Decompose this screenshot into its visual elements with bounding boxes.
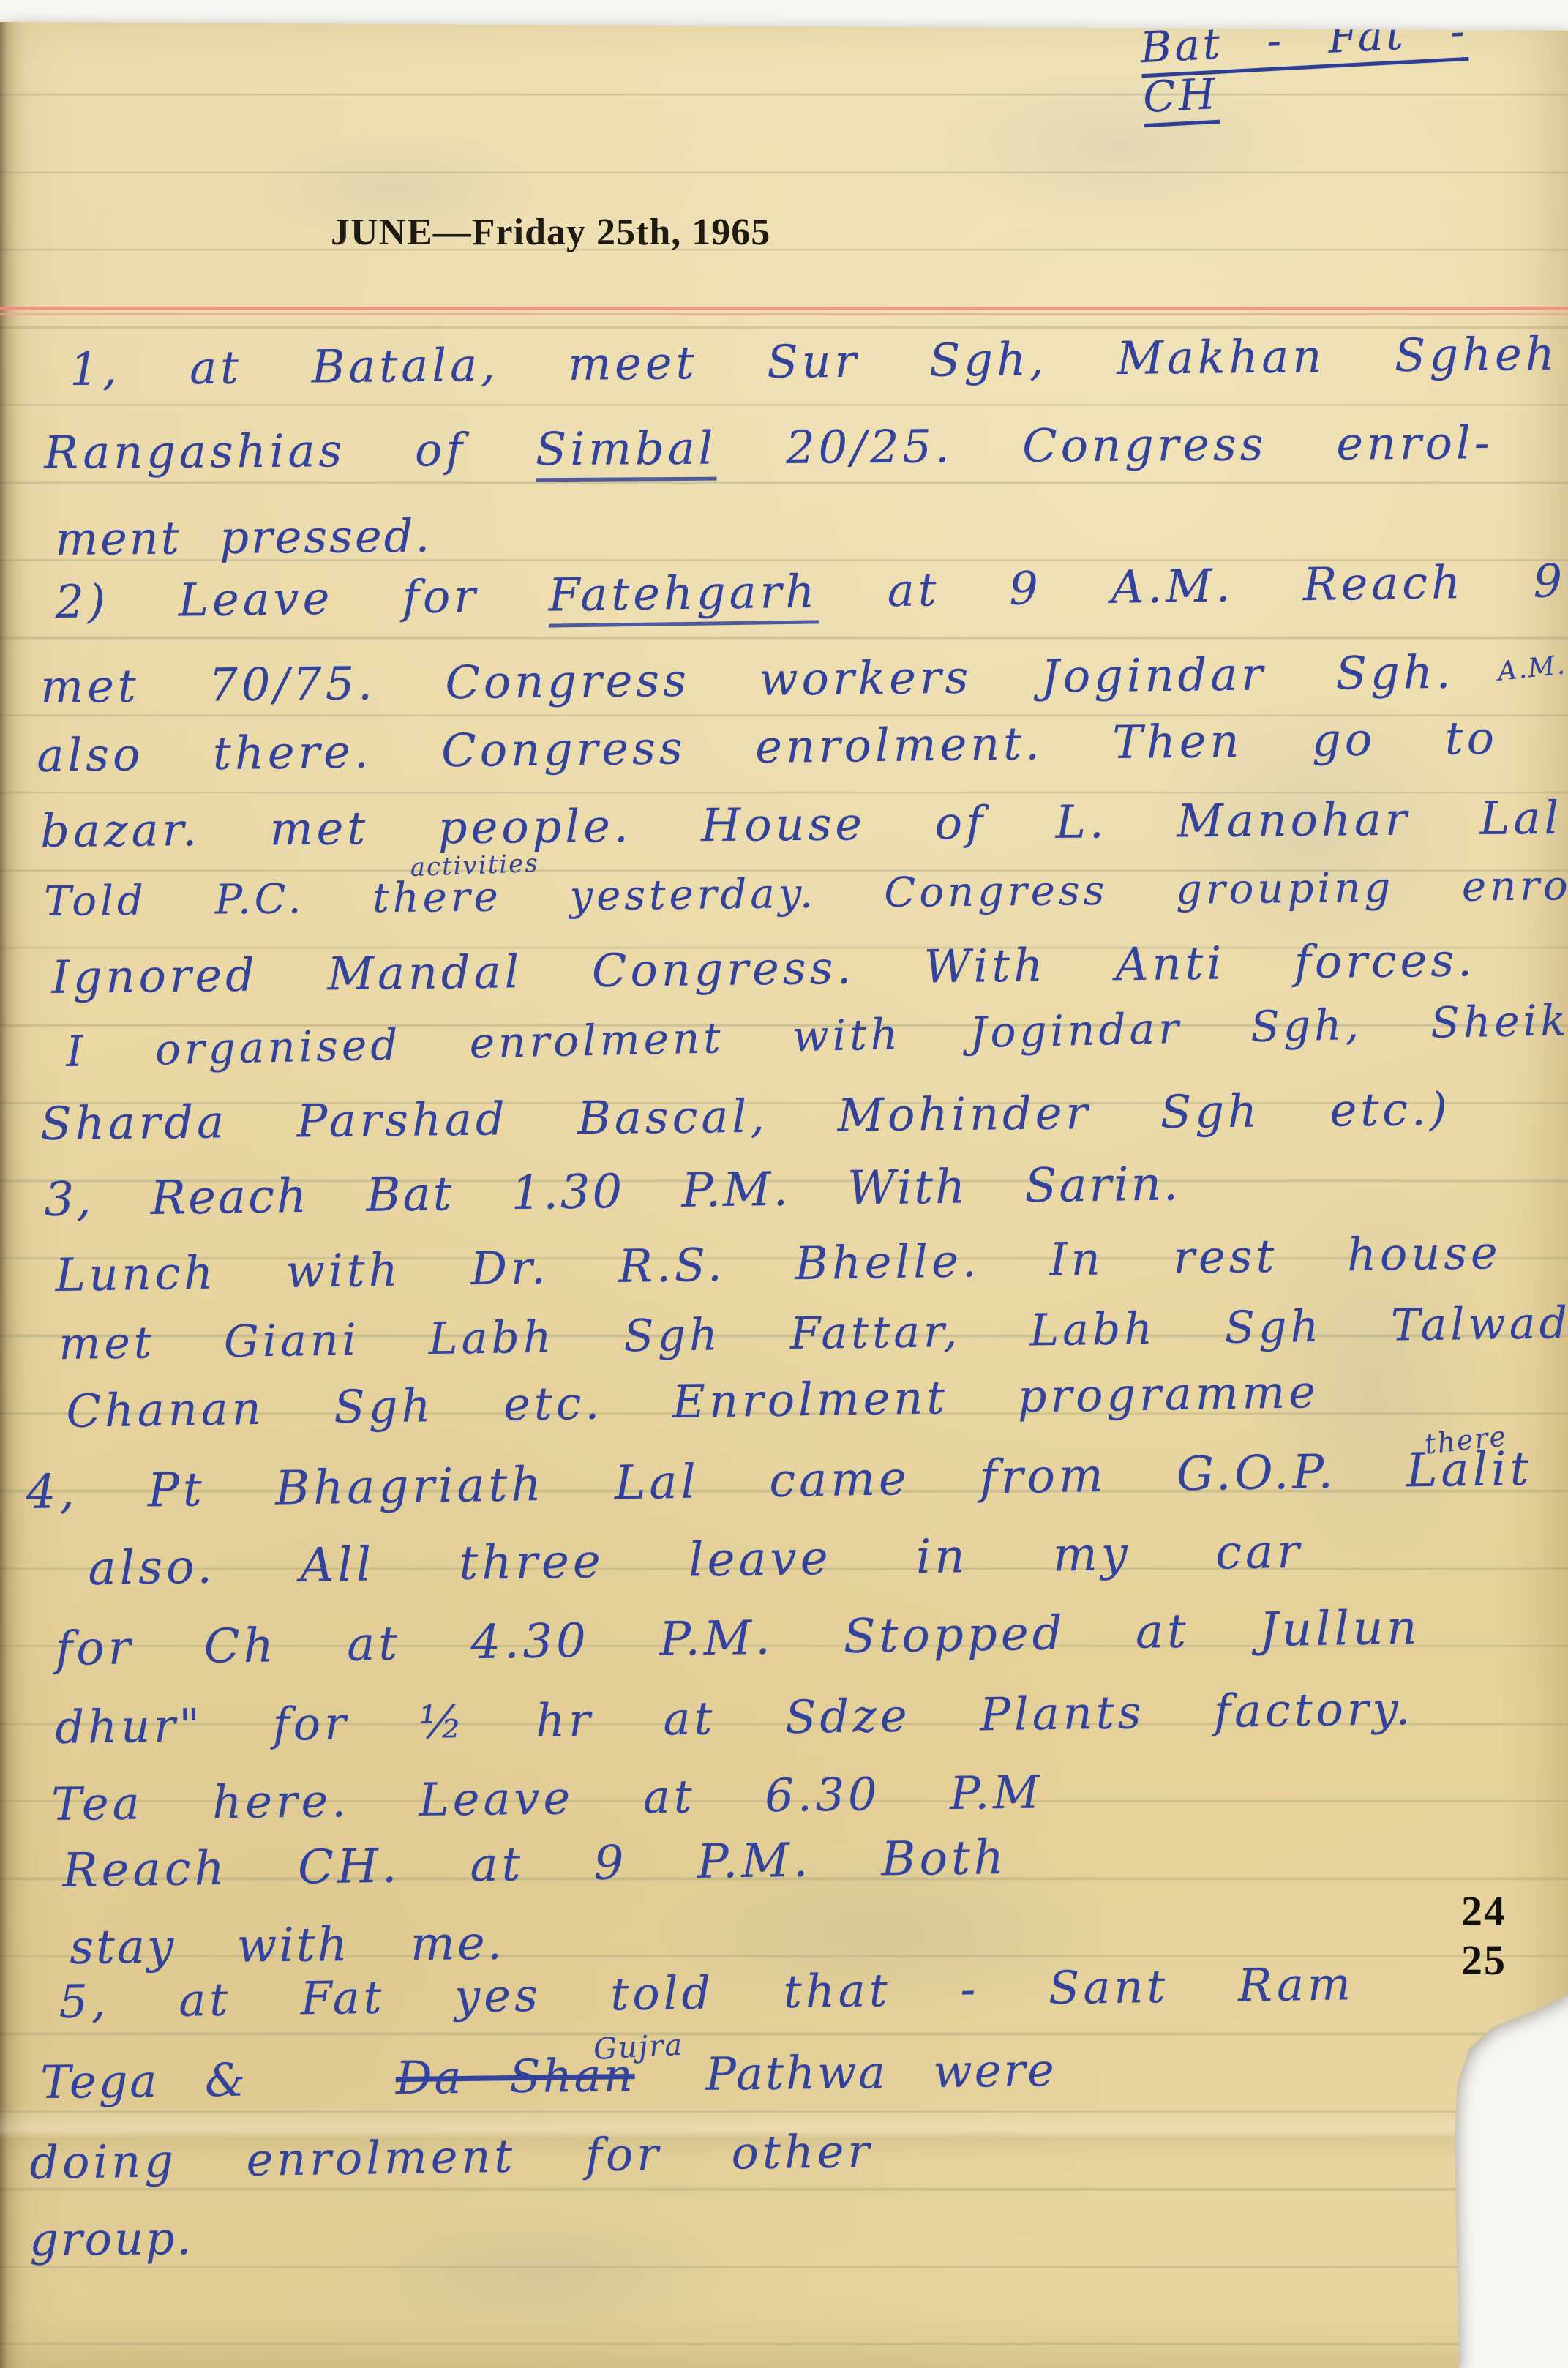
diary-scan: Bat - Fat - CH JUNE—Friday 25th, 1965 1,… xyxy=(0,0,1568,2368)
underlined-word: Simbal xyxy=(536,421,717,482)
diary-line: Rangashias of Simbal 20/25. Congress enr… xyxy=(44,420,1493,476)
paper-shadow-wrap: Bat - Fat - CH JUNE—Friday 25th, 1965 1,… xyxy=(0,0,1568,2368)
diary-line: met 70/75. Congress workers Jogindar Sgh… xyxy=(40,650,1455,710)
line-segment: at 9 A.M. Reach 9.45 xyxy=(818,553,1568,618)
diary-line: stay with me. xyxy=(70,1920,504,1971)
struck-word: Da Shan xyxy=(395,2048,635,2105)
red-margin-rule xyxy=(0,307,1568,310)
printed-date-title: JUNE—Friday 25th, 1965 xyxy=(331,211,770,254)
diary-line: ment pressed. xyxy=(55,514,432,562)
page-number: 24 xyxy=(1461,1890,1507,1933)
diary-line: Tea here. Leave at 6.30 P.M xyxy=(51,1769,1043,1827)
diary-paper: Bat - Fat - CH JUNE—Friday 25th, 1965 1,… xyxy=(0,0,1568,2368)
diary-line: doing enrolment for other xyxy=(29,2129,874,2186)
line-segment: Pathwa were xyxy=(659,2043,1057,2102)
binding-edge xyxy=(0,0,26,2368)
diary-line: group. xyxy=(29,2216,194,2263)
line-segment: Rangashias of xyxy=(44,422,536,479)
underlined-word: Fatehgarh xyxy=(548,564,819,627)
diary-line: bazar. met people. House of L. Manohar L… xyxy=(40,795,1562,854)
line-segment: Tega & xyxy=(40,2053,293,2109)
line-segment: 2) Leave for xyxy=(55,569,549,629)
red-margin-rule-shadow xyxy=(0,313,1568,315)
diary-line: Reach CH. at 9 P.M. Both xyxy=(62,1835,1008,1895)
page-number: 25 xyxy=(1461,1939,1507,1982)
ink-showthrough xyxy=(263,2181,819,2368)
diary-line: Sharda Parshad Bascal, Mohinder Sgh etc.… xyxy=(40,1087,1451,1147)
line-segment: 20/25. Congress enrol- xyxy=(716,416,1493,474)
diary-line: Tega & Da Shan Pathwa were xyxy=(40,2047,1057,2105)
